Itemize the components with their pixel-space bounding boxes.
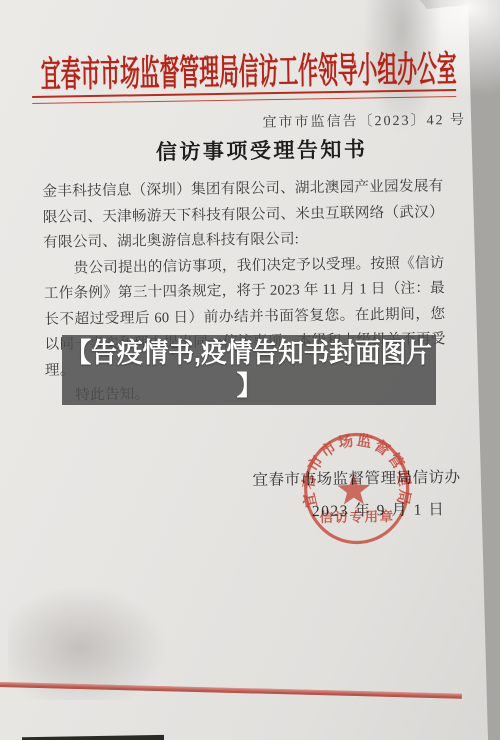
- star-icon: [337, 473, 370, 504]
- document-title: 信访事项受理告知书: [156, 133, 368, 166]
- document-photo: 宜春市市场监督管理局信访工作领导小组办公室 宜市市监信告〔2023〕42 号 信…: [0, 0, 500, 740]
- addressees-paragraph: 金丰科技信息（深圳）集团有限公司、湖北澳园产业园发展有限公司、天津畅游天下科技有…: [42, 174, 444, 256]
- watermark-text-line2: 】: [236, 370, 262, 403]
- watermark-overlay: 【告疫情书,疫情告知书封面图片 】: [62, 335, 436, 405]
- reference-number: 宜市市监信告〔2023〕42 号: [262, 109, 466, 132]
- seal-bottom-text: 信访专用章: [319, 508, 394, 525]
- official-seal: 宜春市市场监督管理局 信访专用章: [300, 431, 414, 547]
- watermark-text-line1: 【告疫情书,疫情告知书封面图片: [66, 337, 432, 370]
